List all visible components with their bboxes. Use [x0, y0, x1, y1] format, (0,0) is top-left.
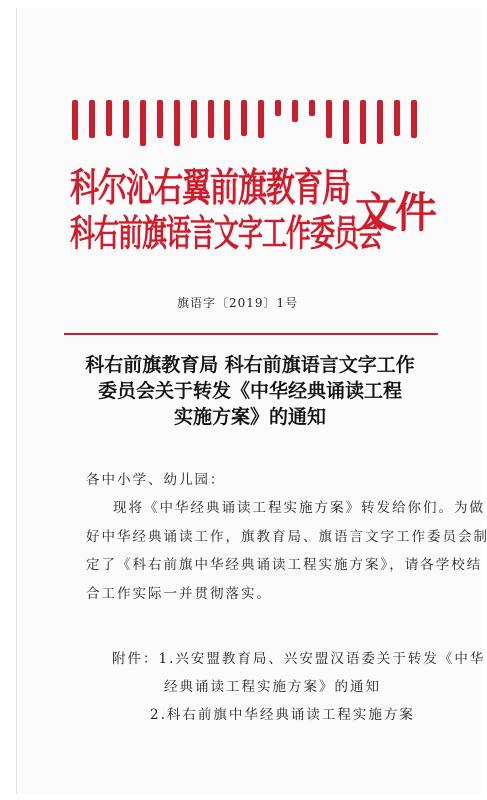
- attachment-2: 2.科右前旗中华经典诵读工程实施方案: [150, 703, 487, 723]
- body-line-4: 合工作实际一并贯彻落实。: [86, 582, 446, 602]
- body-line-2: 好中华经典诵读工作，旗教育局、旗语言文字工作委员会制: [86, 525, 446, 545]
- attachment-1: 附件：1.兴安盟教育局、兴安盟汉语委关于转发《中华: [112, 647, 472, 667]
- notice-title: 科右前旗教育局 科右前旗语言文字工作 委员会关于转发《中华经典诵读工程 实施方案…: [60, 352, 440, 430]
- title-line-3: 实施方案》的通知: [60, 404, 440, 430]
- issuing-org-2: 科右前旗语言文字工作委员会: [70, 205, 382, 257]
- body-line-3: 定了《科右前旗中华经典诵读工程实施方案》，请各学校结: [86, 553, 446, 573]
- title-line-2: 委员会关于转发《中华经典诵读工程: [60, 378, 440, 404]
- title-line-1: 科右前旗教育局 科右前旗语言文字工作: [60, 352, 440, 378]
- mongolian-script-header: [72, 100, 417, 150]
- document-type-label: 文件: [355, 180, 435, 240]
- document-number: 旗语字〔2019〕1号: [177, 294, 298, 311]
- attachment-1-continued: 经典诵读工程实施方案》的通知: [164, 675, 487, 695]
- body-line-1: 现将《中华经典诵读工程实施方案》转发给你们。为做: [113, 496, 473, 516]
- red-divider: [64, 333, 438, 335]
- salutation: 各中小学、幼儿园：: [86, 468, 446, 488]
